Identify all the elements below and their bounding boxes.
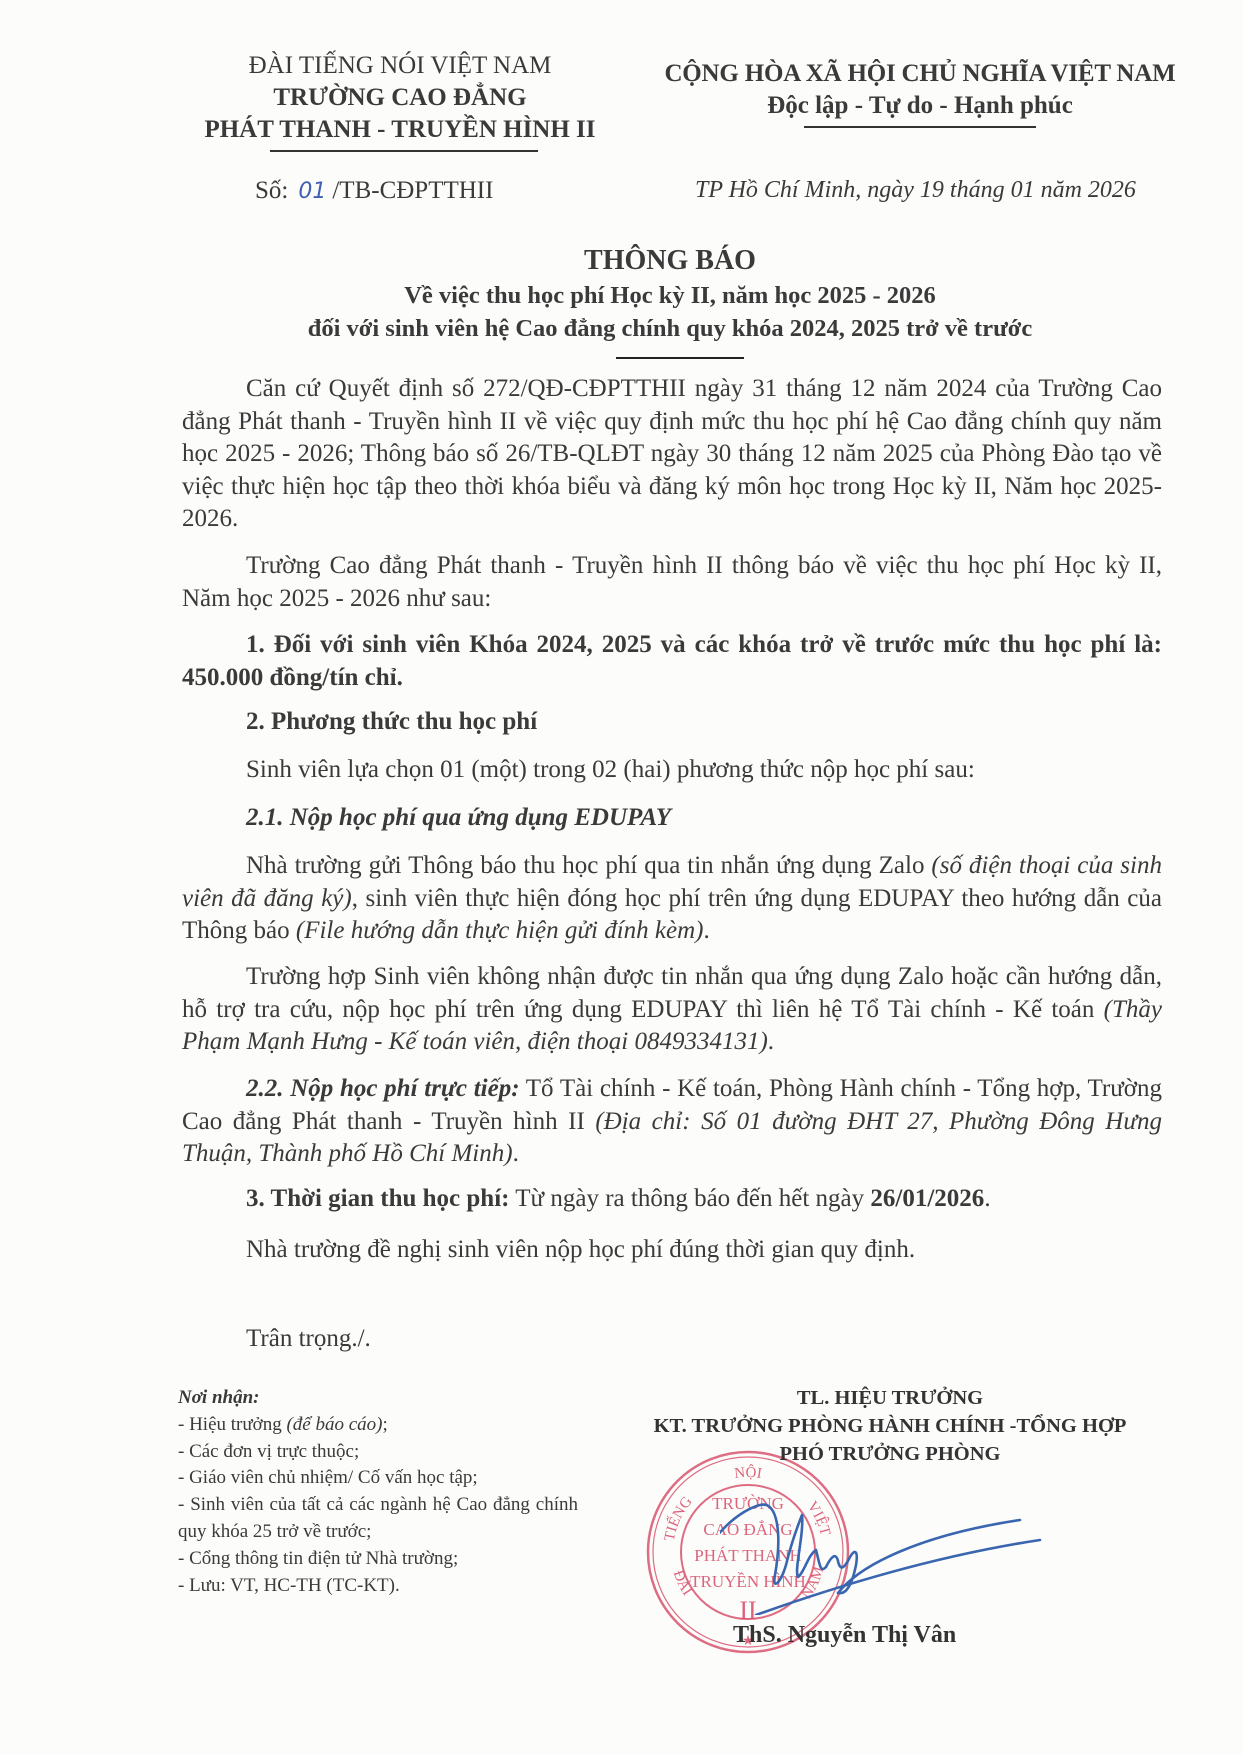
collection-period-heading: 3. Thời gian thu học phí: — [246, 1185, 509, 1212]
closing-request-text: Nhà trường đề nghị sinh viên nộp học phí… — [182, 1234, 1162, 1267]
section-2-2: 2.2. Nộp học phí trực tiếp: Tổ Tài chính… — [182, 1073, 1162, 1171]
direct-payment-text: 2.2. Nộp học phí trực tiếp: Tổ Tài chính… — [182, 1073, 1162, 1171]
title-divider — [616, 357, 744, 359]
recipient-item: - Sinh viên của tất cả các ngành hệ Cao … — [178, 1492, 578, 1546]
signer-name: ThS. Nguyễn Thị Vân — [733, 1622, 956, 1649]
recipient-item: - Giáo viên chủ nhiệm/ Cố vấn học tập; — [178, 1465, 578, 1492]
handwritten-signature — [720, 1495, 1050, 1620]
body-legal-basis: Căn cứ Quyết định số 272/QĐ-CĐPTTHII ngà… — [182, 373, 1162, 536]
section-2-1-paragraph-1: Nhà trường gửi Thông báo thu học phí qua… — [182, 850, 1162, 948]
title-subject-line1: Về việc thu học phí Học kỳ II, năm học 2… — [170, 279, 1170, 312]
closing-request: Nhà trường đề nghị sinh viên nộp học phí… — [182, 1234, 1162, 1267]
section-1-fee: 1. Đối với sinh viên Khóa 2024, 2025 và … — [182, 629, 1162, 694]
issuing-organization: ĐÀI TIẾNG NÓI VIỆT NAM TRƯỜNG CAO ĐẲNG P… — [150, 50, 650, 152]
school-name-line1: TRƯỜNG CAO ĐẲNG — [150, 82, 650, 114]
body-announcement: Trường Cao đẳng Phát thanh - Truyền hình… — [182, 550, 1162, 615]
recipient-item: - Lưu: VT, HC-TH (TC-KT). — [178, 1573, 578, 1600]
recipient-item: - Hiệu trưởng (để báo cáo); — [178, 1412, 578, 1439]
header-right-divider — [804, 126, 1036, 128]
recipients-block: Nơi nhận: - Hiệu trưởng (để báo cáo); - … — [178, 1385, 578, 1599]
fee-rate-text: 1. Đối với sinh viên Khóa 2024, 2025 và … — [182, 629, 1162, 694]
doc-number-value: 01 — [298, 179, 326, 204]
section-2-1-heading: 2.1. Nộp học phí qua ứng dụng EDUPAY — [182, 802, 1162, 835]
document-number: Số:01/TB-CĐPTTHII — [255, 177, 493, 205]
recipients-heading: Nơi nhận: — [178, 1385, 578, 1412]
recipient-item: - Cổng thông tin điện tử Nhà trường; — [178, 1546, 578, 1573]
edupay-heading: 2.1. Nộp học phí qua ứng dụng EDUPAY — [182, 802, 1162, 835]
regards: Trân trọng./. — [182, 1323, 1162, 1356]
payment-methods-intro: Sinh viên lựa chọn 01 (một) trong 02 (ha… — [182, 754, 1162, 787]
recipient-item: - Các đơn vị trực thuộc; — [178, 1439, 578, 1466]
title-main: THÔNG BÁO — [170, 243, 1170, 279]
section-2-heading: 2. Phương thức thu học phí — [182, 706, 1162, 739]
collection-period-text: 3. Thời gian thu học phí: Từ ngày ra thô… — [182, 1183, 1162, 1216]
national-header: CỘNG HÒA XÃ HỘI CHỦ NGHĨA VIỆT NAM Độc l… — [640, 58, 1200, 128]
regards-text: Trân trọng./. — [182, 1323, 1162, 1356]
doc-number-suffix: /TB-CĐPTTHII — [332, 177, 493, 204]
signature-position: PHÓ TRƯỞNG PHÒNG — [610, 1440, 1170, 1468]
section-2-1-paragraph-2: Trường hợp Sinh viên không nhận được tin… — [182, 961, 1162, 1059]
country-name: CỘNG HÒA XÃ HỘI CHỦ NGHĨA VIỆT NAM — [640, 58, 1200, 90]
payment-methods-heading: 2. Phương thức thu học phí — [182, 706, 1162, 739]
signature-scribble-icon — [720, 1495, 1050, 1615]
doc-number-label: Số: — [255, 177, 288, 204]
header-left-divider — [270, 150, 538, 152]
place-and-date: TP Hồ Chí Minh, ngày 19 tháng 01 năm 202… — [695, 177, 1136, 204]
edupay-instructions: Nhà trường gửi Thông báo thu học phí qua… — [182, 850, 1162, 948]
direct-payment-heading: 2.2. Nộp học phí trực tiếp: — [246, 1075, 520, 1102]
signature-delegation: KT. TRƯỞNG PHÒNG HÀNH CHÍNH -TỔNG HỢP — [610, 1412, 1170, 1440]
section-3: 3. Thời gian thu học phí: Từ ngày ra thô… — [182, 1183, 1162, 1216]
edupay-support-contact: Trường hợp Sinh viên không nhận được tin… — [182, 961, 1162, 1059]
signature-authority: TL. HIỆU TRƯỞNG — [610, 1384, 1170, 1412]
title-subject-line2: đối với sinh viên hệ Cao đẳng chính quy … — [170, 312, 1170, 345]
paragraph-legal-basis: Căn cứ Quyết định số 272/QĐ-CĐPTTHII ngà… — [182, 373, 1162, 536]
deadline-date: 26/01/2026 — [870, 1185, 984, 1212]
national-motto: Độc lập - Tự do - Hạnh phúc — [640, 90, 1200, 122]
paragraph-announcement: Trường Cao đẳng Phát thanh - Truyền hình… — [182, 550, 1162, 615]
document-title: THÔNG BÁO Về việc thu học phí Học kỳ II,… — [170, 243, 1170, 359]
section-2-intro: Sinh viên lựa chọn 01 (một) trong 02 (ha… — [182, 754, 1162, 787]
parent-organization: ĐÀI TIẾNG NÓI VIỆT NAM — [150, 50, 650, 82]
school-name-line2: PHÁT THANH - TRUYỀN HÌNH II — [150, 114, 650, 146]
signature-block: TL. HIỆU TRƯỞNG KT. TRƯỞNG PHÒNG HÀNH CH… — [610, 1384, 1170, 1468]
